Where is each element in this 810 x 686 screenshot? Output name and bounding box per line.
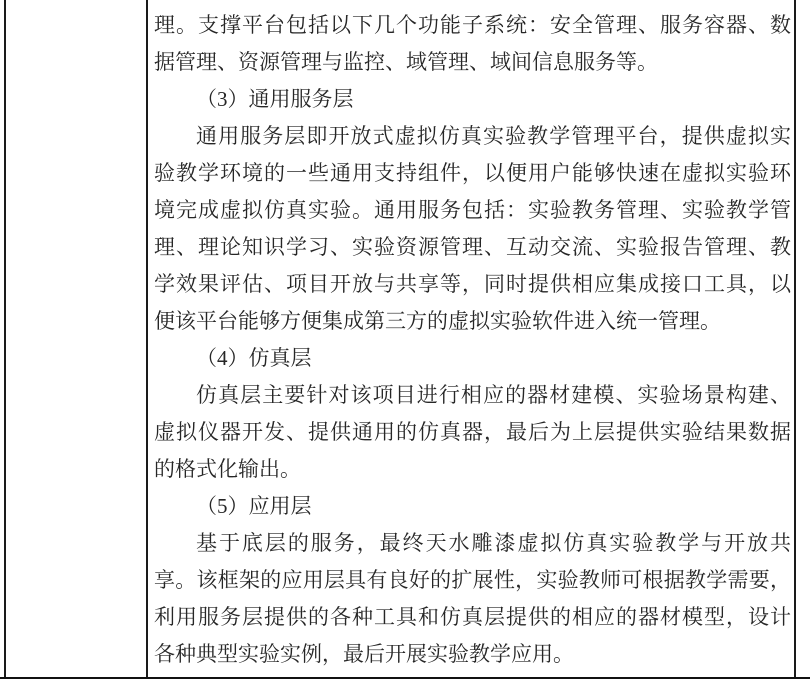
table-left-cell	[6, 0, 146, 677]
body-text-line: 理。支撑平台包括以下几个功能子系统：安全管理、服务容器、数	[154, 7, 791, 44]
section-heading-line: （3）通用服务层	[154, 81, 791, 118]
table-outer-right-border	[794, 0, 796, 678]
section-heading-line: （5）应用层	[154, 488, 791, 525]
body-text-line: 据管理、资源管理与监控、域管理、域间信息服务等。	[154, 44, 791, 81]
body-text-line: 利用服务层提供的各种工具和仿真层提供的相应的器材模型，设计	[154, 599, 791, 636]
body-text-line: 仿真层主要针对该项目进行相应的器材建模、实验场景构建、	[154, 377, 791, 414]
table-bottom-border	[0, 677, 810, 679]
body-text-line: 验教学环境的一些通用支持组件，以便用户能够快速在虚拟实验环	[154, 155, 791, 192]
body-text-line: 境完成虚拟仿真实验。通用服务包括：实验教务管理、实验教学管	[154, 192, 791, 229]
body-text-line: 的格式化输出。	[154, 451, 791, 488]
body-text-line: 基于底层的服务，最终天水雕漆虚拟仿真实验教学与开放共	[154, 525, 791, 562]
body-text-line: 理、理论知识学习、实验资源管理、互动交流、实验报告管理、教	[154, 229, 791, 266]
body-text-line: 学效果评估、项目开放与共享等，同时提供相应集成接口工具，以	[154, 266, 791, 303]
body-text-line: 通用服务层即开放式虚拟仿真实验教学管理平台，提供虚拟实	[154, 118, 791, 155]
body-text-line: 便该平台能够方便集成第三方的虚拟实验软件进入统一管理。	[154, 303, 791, 340]
section-heading-line: （4）仿真层	[154, 340, 791, 377]
body-text-line: 虚拟仪器开发、提供通用的仿真器，最后为上层提供实验结果数据	[154, 414, 791, 451]
document-page: 理。支撑平台包括以下几个功能子系统：安全管理、服务容器、数据管理、资源管理与监控…	[0, 0, 810, 686]
table-column-divider	[146, 0, 148, 678]
body-text-line: 各种典型实验实例，最后开展实验教学应用。	[154, 636, 791, 671]
body-text-line: 享。该框架的应用层具有良好的扩展性，实验教师可根据教学需要，	[154, 562, 791, 599]
table-text-cell: 理。支撑平台包括以下几个功能子系统：安全管理、服务容器、数据管理、资源管理与监控…	[154, 7, 791, 671]
